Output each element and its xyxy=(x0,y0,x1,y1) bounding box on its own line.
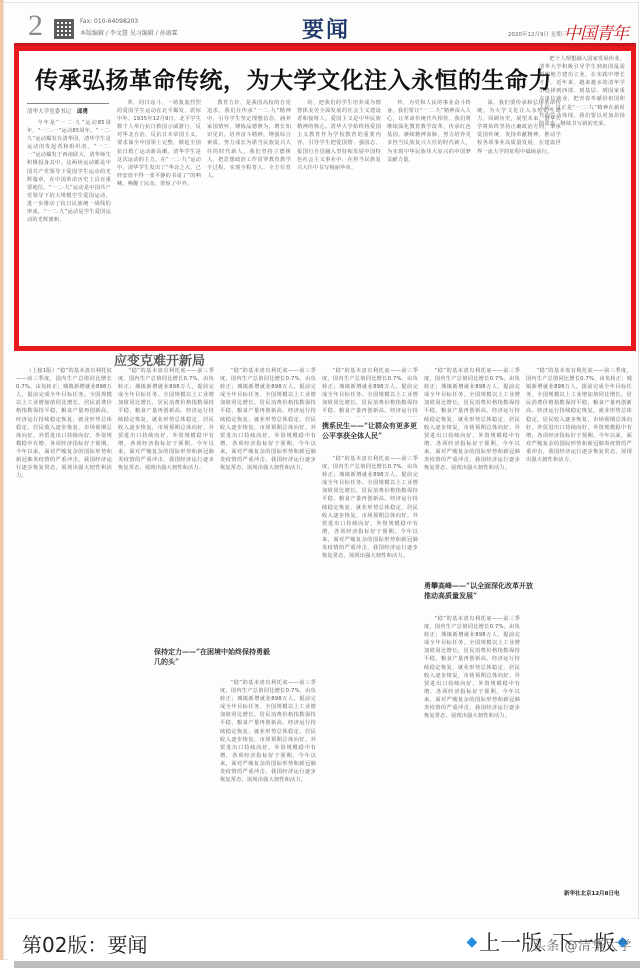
prev-edition-link[interactable]: ◆ 上一版 xyxy=(464,927,542,957)
editors-credit: 本版编辑 / 李文慧 见习编辑 / 孙康霖 xyxy=(80,28,178,37)
lower-column: “稳”的基本盘有利托底——前三季度，国内生产总值同比增长0.7%，由负转正；城镇… xyxy=(526,367,632,887)
newspaper-page: 2 Fax: 010-64098203 本版编辑 / 李文慧 见习编辑 / 孙康… xyxy=(3,2,639,960)
article-column: 的，把我们的学生培养成为德智体美劳全面发展的社会主义建设者和接班人。爱国主义是中… xyxy=(297,99,381,344)
lower-column: “稳”的基本盘有利托底——前三季度，国内生产总值同比增长0.7%，由负转正；城镇… xyxy=(424,367,520,577)
lower-column: “稳”的基本盘有利托底——前三季度，国内生产总值同比增长0.7%，由负转正；城镇… xyxy=(322,455,418,907)
article-column: 革，同日寇斗，一场轰轰烈烈的爱国学生运动在北平爆发，震惊中外。1935年12月9… xyxy=(117,99,201,344)
article-column: 传，为党和人民的事业奋斗终身。我们要让“一二·九”精神深入人心，让革命传统代代相… xyxy=(387,99,471,344)
byline-org: 清华大学党委书记 xyxy=(27,109,71,115)
fax-number: Fax: 010-64098203 xyxy=(80,18,138,25)
lower-column: “稳”的基本盘有利托底——前三季度，国内生产总值同比增长0.7%，由负转正；城镇… xyxy=(118,367,214,907)
subhead-3: 勇攀高峰——“以全面深化改革开放推动高质量发展” xyxy=(424,581,534,601)
article-column: 把个人理想融入国家发展伟业。清华大学积极引导学生到祖国最需要的地方建功立业，在实… xyxy=(539,55,625,345)
section-title: 要闻 xyxy=(302,13,350,44)
byline-name: 邱勇 xyxy=(77,109,88,115)
lower-column: （上接1版）“稳”的基本盘有利托底——前三季度，国内生产总值同比增长0.7%，由… xyxy=(16,367,112,907)
featured-headline: 传承弘扬革命传统，为大学文化注入永恒的生命力 xyxy=(35,62,525,95)
subhead-2: 携系民生——“让群众有更多更公平享获全体人民” xyxy=(322,421,422,441)
bottom-shadow xyxy=(14,961,640,968)
featured-article-highlight[interactable]: 传承弘扬革命传统，为大学文化注入永恒的生命力 清华大学党委书记邱勇 今年是“一二… xyxy=(14,46,636,351)
lower-column: “稳”的基本盘有利托底——前三季度，国内生产总值同比增长0.7%，由负转正；城镇… xyxy=(220,367,316,657)
qr-code-icon xyxy=(54,19,74,39)
lower-column: “稳”的基本盘有利托底——前三季度，国内生产总值同比增长0.7%，由负转正；城镇… xyxy=(424,615,520,907)
news-source: 新华社北京12月8日电 xyxy=(564,889,619,897)
lower-column: “稳”的基本盘有利托底——前三季度，国内生产总值同比增长0.7%，由负转正；城镇… xyxy=(322,367,418,417)
byline: 清华大学党委书记邱勇 xyxy=(27,103,109,115)
issue-date: 2020年12月9日 星期三 xyxy=(508,30,567,38)
bottom-nav-bar: 第02版：要闻 ◆ 上一版 下一版 ◆ 头条 @清华大学 xyxy=(8,918,640,964)
article-column: 教育方针，是我国高校的自觉追求。我们在传承“一二·九”精神中，引导学生坚定理想信… xyxy=(207,99,291,344)
article-column: 今年是“一二·九”运动85周年、“一二·一”运动85周年。“一二·九”运动爆发在… xyxy=(27,119,111,344)
watermark: 头条 @清华大学 xyxy=(533,935,632,954)
page-number: 2 xyxy=(28,9,43,43)
arrow-left-icon: ◆ xyxy=(466,934,477,950)
lower-column: “稳”的基本盘有利托底——前三季度，国内生产总值同比增长0.7%，由负转正；城镇… xyxy=(220,679,316,907)
masthead: 2 Fax: 010-64098203 本版编辑 / 李文慧 见习编辑 / 孙康… xyxy=(14,11,634,43)
edition-label: 第02版：要闻 xyxy=(22,929,147,958)
subhead-1: 保持定力——“在困境中始终保持勇毅几的头” xyxy=(154,647,274,667)
